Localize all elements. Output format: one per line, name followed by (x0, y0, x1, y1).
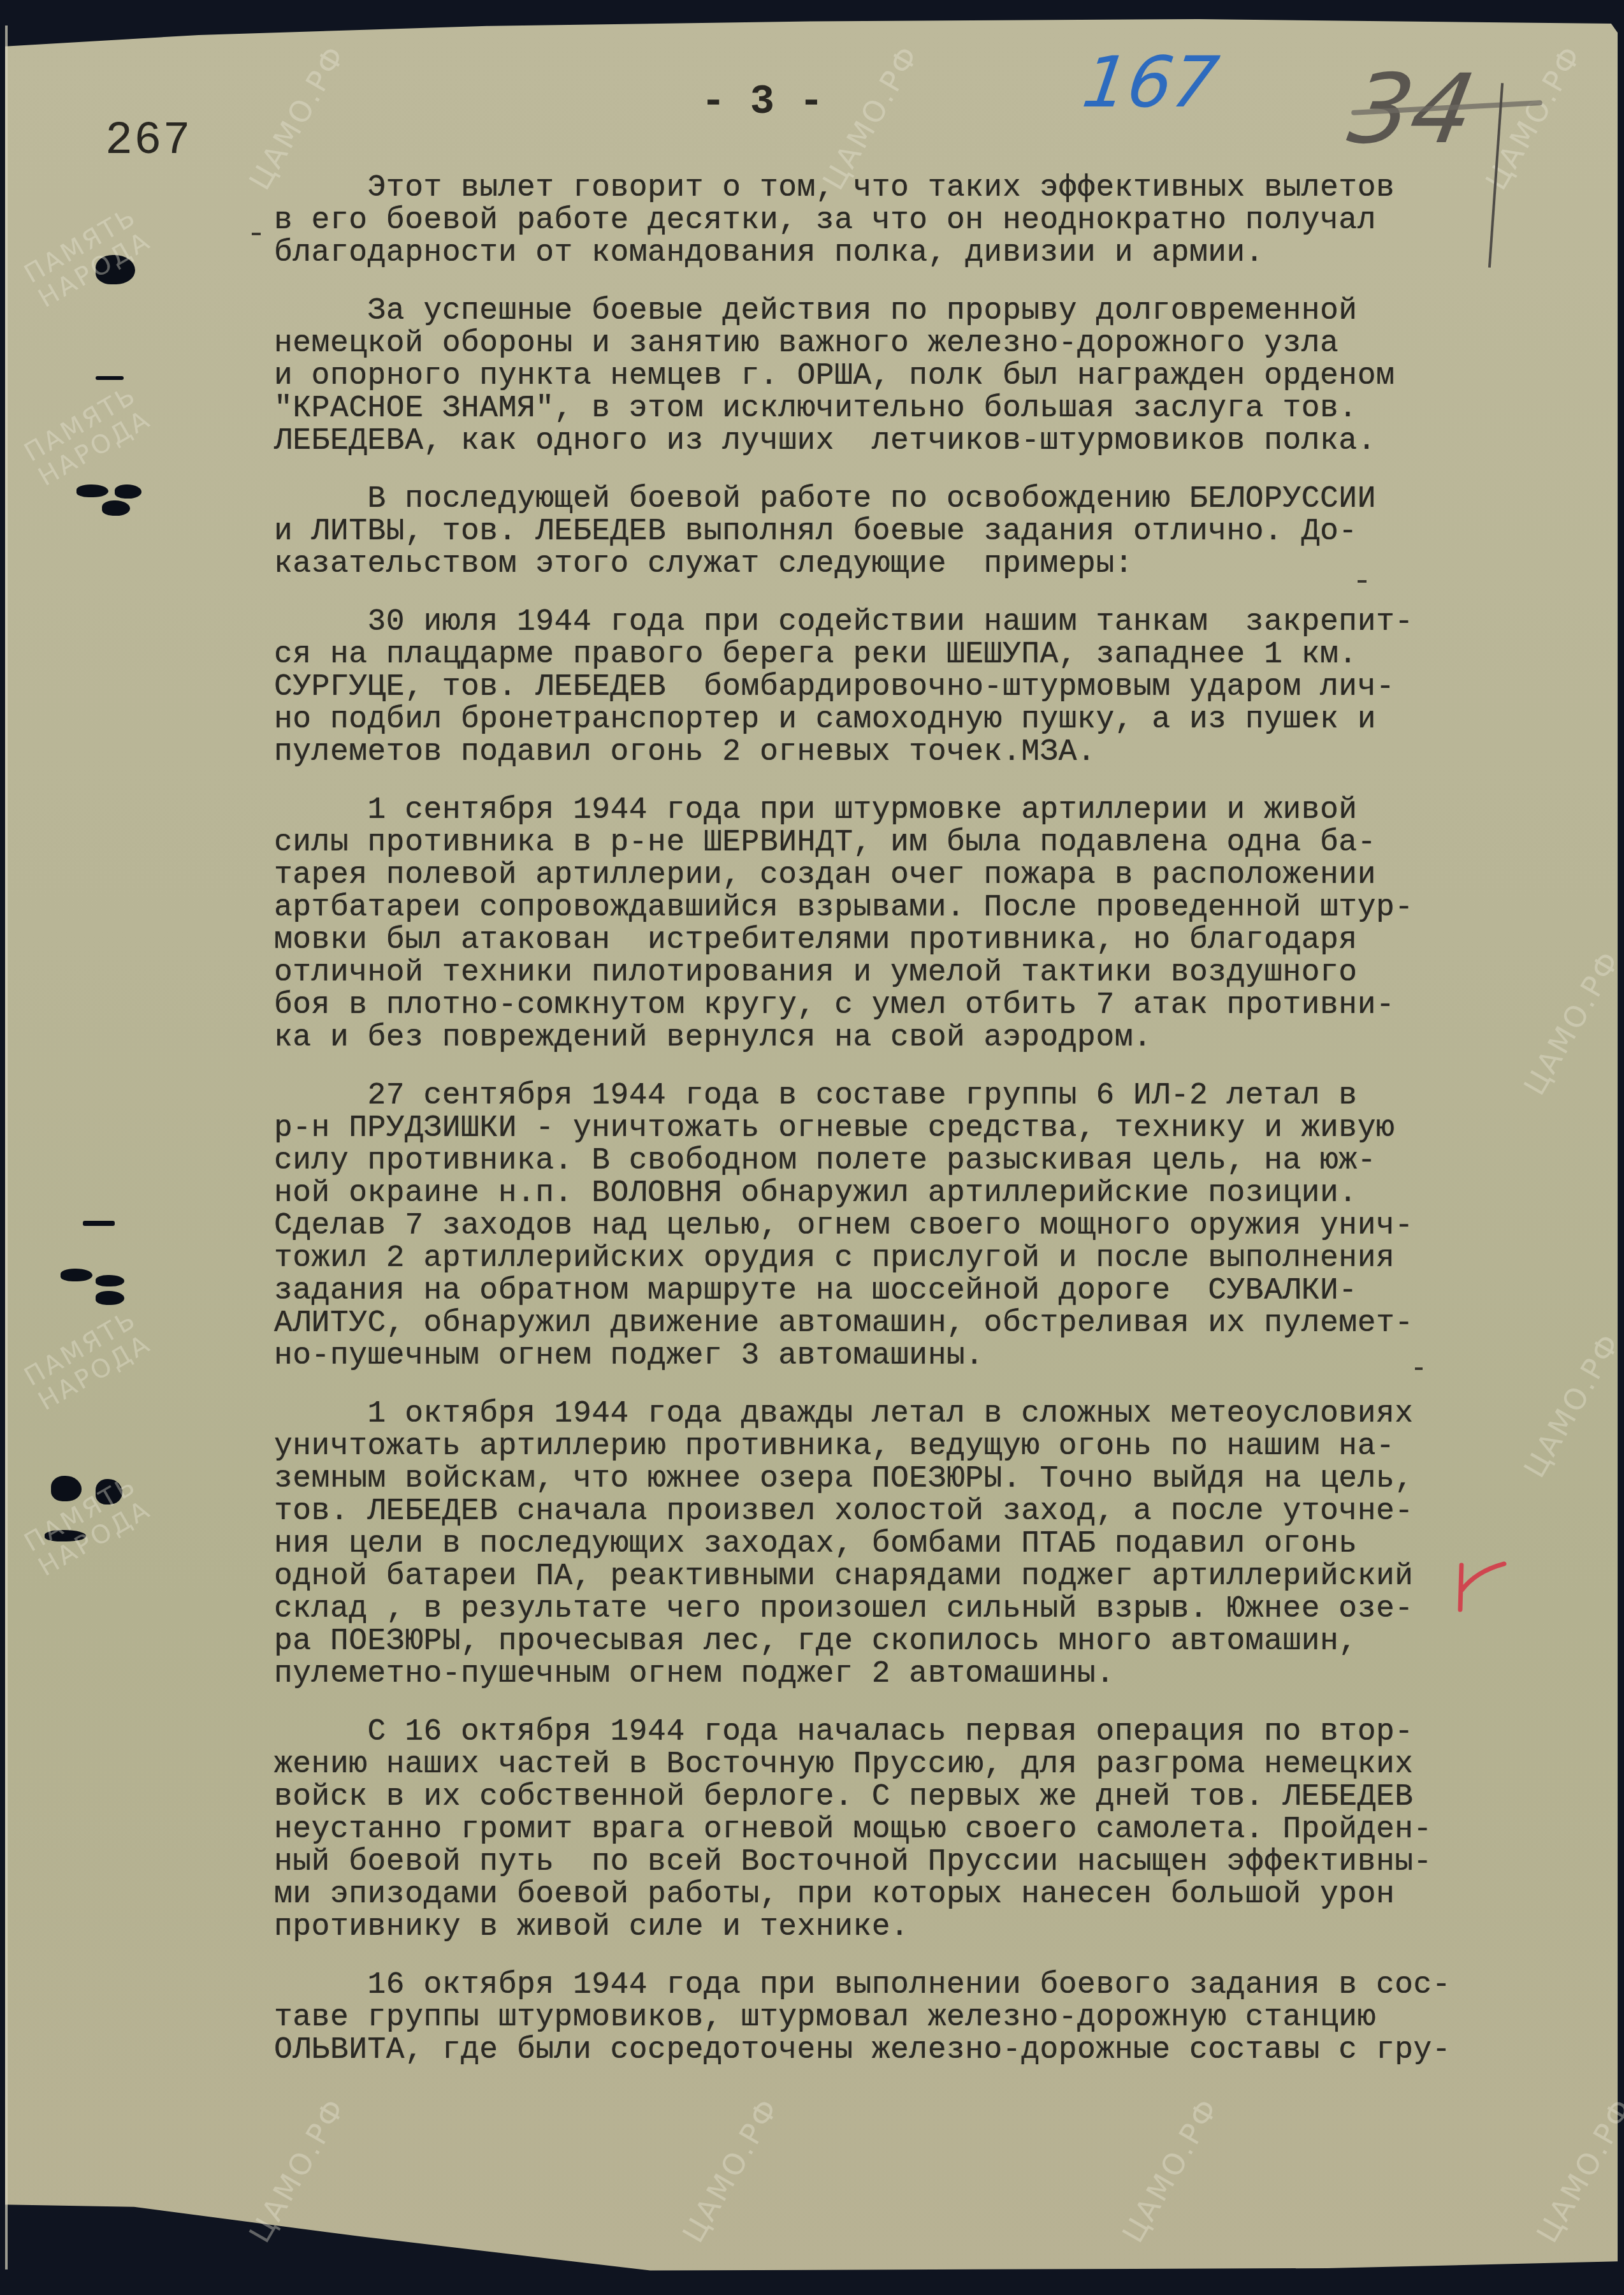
text-line: в его боевой работе десятки, за что он н… (274, 205, 1485, 237)
binding-hole (96, 1275, 124, 1286)
paragraph: Этот вылет говорит о том, что таких эффе… (274, 172, 1485, 270)
paragraph: 16 октября 1944 года при выполнении боев… (274, 1969, 1485, 2067)
text-line: силу противника. В свободном полете разы… (274, 1145, 1485, 1177)
text-line: Сделав 7 заходов над целью, огнем своего… (274, 1210, 1485, 1242)
text-line: отличной техники пилотирования и умелой … (274, 957, 1485, 989)
binding-hole (76, 484, 108, 497)
binding-hole (61, 1269, 92, 1281)
text-line: ра ПОЕЗЮРЫ, прочесывая лес, где скопилос… (274, 1626, 1485, 1658)
paragraph: В последующей боевой работе по освобожде… (274, 483, 1485, 581)
text-line: боя в плотно-сомкнутом кругу, с умел отб… (274, 989, 1485, 1022)
paragraph: 1 сентября 1944 года при штурмовке артил… (274, 794, 1485, 1054)
text-line: противнику в живой силе и технике. (274, 1911, 1485, 1944)
archive-stamp-number: 267 (105, 115, 192, 167)
text-line: но-пушечным огнем поджег 3 автомашины. (274, 1340, 1485, 1373)
text-line: "КРАСНОЕ ЗНАМЯ", в этом исключительно бо… (274, 393, 1485, 425)
text-line: склад , в результате чего произошел силь… (274, 1593, 1485, 1626)
paragraph: С 16 октября 1944 года началась первая о… (274, 1716, 1485, 1944)
binding-hole (96, 376, 124, 380)
page-number: - 3 - (701, 80, 823, 126)
text-line: тов. ЛЕБЕДЕВ сначала произвел холостой з… (274, 1496, 1485, 1528)
text-line: ся на плацдарме правого берега реки ШЕШУ… (274, 639, 1485, 671)
binding-hole (83, 1221, 115, 1226)
text-line: пулеметно-пушечным огнем поджег 2 автома… (274, 1658, 1485, 1691)
paragraph: 30 июля 1944 года при содействии нашим т… (274, 606, 1485, 769)
text-line: но подбил бронетранспортер и самоходную … (274, 704, 1485, 736)
text-line: артбатареи сопровождавшийся взрывами. По… (274, 892, 1485, 924)
text-line: и опорного пункта немцев г. ОРША, полк б… (274, 360, 1485, 393)
text-line: мовки был атакован истребителями противн… (274, 924, 1485, 957)
text-line: и ЛИТВЫ, тов. ЛЕБЕДЕВ выполнял боевые за… (274, 516, 1485, 548)
text-line: жению наших частей в Восточную Пруссию, … (274, 1749, 1485, 1781)
binding-hole (96, 1291, 124, 1305)
handwritten-blue-number: 167 (1078, 41, 1223, 123)
text-line: 30 июля 1944 года при содействии нашим т… (274, 606, 1485, 639)
text-line: уничтожать артиллерию противника, ведущу… (274, 1431, 1485, 1463)
paragraph: За успешные боевые действия по прорыву д… (274, 295, 1485, 458)
text-line: немецкой обороны и занятию важного желез… (274, 328, 1485, 360)
text-line: войск в их собственной берлоге. С первых… (274, 1781, 1485, 1814)
text-line: ка и без повреждений вернулся на свой аэ… (274, 1022, 1485, 1054)
text-line: АЛИТУС, обнаружил движение автомашин, об… (274, 1308, 1485, 1340)
text-line: таве группы штурмовиков, штурмовал желез… (274, 2002, 1485, 2034)
paragraph: 27 сентября 1944 года в составе группы 6… (274, 1080, 1485, 1373)
text-line: Этот вылет говорит о том, что таких эффе… (274, 172, 1485, 205)
binding-hole (115, 484, 141, 499)
text-line: 16 октября 1944 года при выполнении боев… (274, 1969, 1485, 2002)
text-line: ния цели в последующих заходах, бомбами … (274, 1528, 1485, 1561)
red-check-mark-icon (1456, 1559, 1507, 1616)
text-line: За успешные боевые действия по прорыву д… (274, 295, 1485, 328)
text-line: тожил 2 артиллерийских орудия с прислуго… (274, 1242, 1485, 1275)
binding-hole (51, 1476, 82, 1501)
text-line: В последующей боевой работе по освобожде… (274, 483, 1485, 516)
binding-hole (96, 255, 135, 284)
typed-body: Этот вылет говорит о том, что таких эффе… (274, 172, 1485, 2092)
text-line: С 16 октября 1944 года началась первая о… (274, 1716, 1485, 1749)
text-line: р-н ПРУДЗИШКИ - уничтожать огневые средс… (274, 1112, 1485, 1145)
text-line: благодарности от командования полка, див… (274, 237, 1485, 270)
text-line: земным войскам, что южнее озера ПОЕЗЮРЫ.… (274, 1463, 1485, 1496)
text-line: СУРГУЦЕ, тов. ЛЕБЕДЕВ бомбардировочно-шт… (274, 671, 1485, 704)
paragraph: 1 октября 1944 года дважды летал в сложн… (274, 1398, 1485, 1691)
text-line: ми эпизодами боевой работы, при которых … (274, 1879, 1485, 1911)
binding-hole (102, 500, 130, 516)
text-line: 1 сентября 1944 года при штурмовке артил… (274, 794, 1485, 827)
text-line: силы противника в р-не ШЕРВИНДТ, им была… (274, 827, 1485, 859)
text-line: тарея полевой артиллерии, создан очег по… (274, 859, 1485, 892)
text-line: казательством этого служат следующие при… (274, 548, 1485, 581)
text-line: пулеметов подавил огонь 2 огневых точек.… (274, 736, 1485, 769)
text-line: 1 октября 1944 года дважды летал в сложн… (274, 1398, 1485, 1431)
text-line: ной окраине н.п. ВОЛОВНЯ обнаружил артил… (274, 1177, 1485, 1210)
margin-dash (252, 233, 261, 235)
text-line: одной батареи ПА, реактивными снарядами … (274, 1561, 1485, 1593)
text-line: ный боевой путь по всей Восточной Прусси… (274, 1846, 1485, 1879)
text-line: задания на обратном маршруте на шоссейно… (274, 1275, 1485, 1308)
text-line: ОЛЬВИТА, где были сосредоточены железно-… (274, 2034, 1485, 2067)
binding-hole (45, 1530, 86, 1541)
text-line: ЛЕБЕДЕВА, как одного из лучших летчиков-… (274, 425, 1485, 458)
text-line: 27 сентября 1944 года в составе группы 6… (274, 1080, 1485, 1112)
binding-hole (96, 1479, 122, 1504)
text-line: неустанно громит врага огневой мощью сво… (274, 1814, 1485, 1846)
paper-edge (5, 25, 8, 2269)
